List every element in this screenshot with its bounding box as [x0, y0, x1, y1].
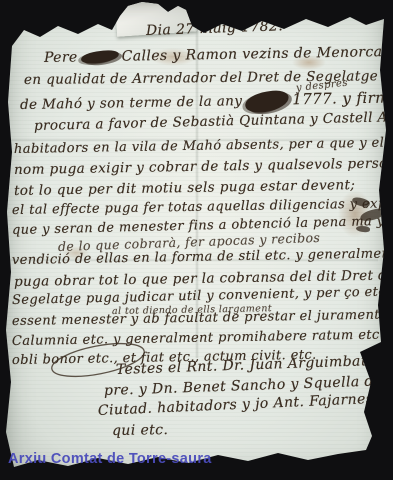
manuscript-line-text: Pere — [44, 49, 78, 66]
manuscript-line: nom puga exigir y cobrar de tals y quals… — [14, 155, 393, 178]
scribbled-ink-blot — [244, 88, 291, 115]
signature-line: qui etc. — [112, 422, 169, 439]
marginal-ink-smudge — [356, 225, 371, 233]
manuscript-paper: Dia 27 maig 1782. PereCalles y Ramon vez… — [0, 0, 393, 480]
manuscript-line: PereCalles y Ramon vezins de Menorca hab… — [44, 43, 393, 66]
manuscript-line-text: 1777. y firma — [292, 88, 393, 108]
manuscript-line-text: Calles y Ramon vezins de Menorca habit. — [122, 43, 393, 64]
scratched-out-word-blot — [80, 49, 119, 65]
manuscript-line: tot lo que per dit motiu sels puga estar… — [14, 177, 356, 199]
archive-watermark-label: Arxiu Comtat de Torre-saura — [8, 451, 212, 467]
date-heading: Dia 27 maig 1782. — [146, 18, 284, 39]
photo-background: Dia 27 maig 1782. PereCalles y Ramon vez… — [0, 0, 393, 480]
manuscript-line: essent menester y ab facultat de prestar… — [12, 307, 393, 329]
manuscript-line-text: de Mahó y son terme de la any — [20, 93, 243, 113]
